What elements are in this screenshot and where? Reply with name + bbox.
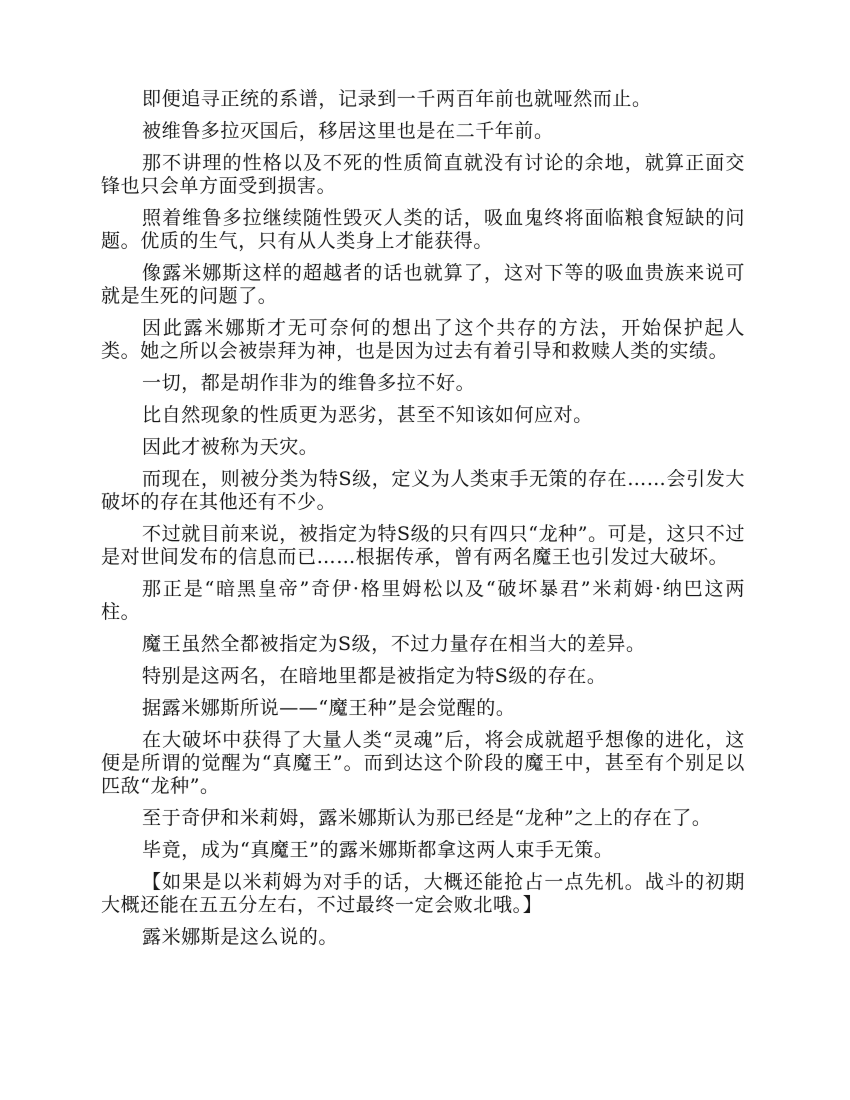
- document-body: 即便追寻正统的系谱，记录到一千两百年前也就哑然而止。 被维鲁多拉灭国后，移居这里…: [101, 88, 745, 958]
- paragraph: 比自然现象的性质更为恶劣，甚至不知该如何应对。: [101, 404, 745, 427]
- paragraph: 因此才被称为天灾。: [101, 436, 745, 459]
- paragraph: 而现在，则被分类为特S级，定义为人类束手无策的存在……会引发大破坏的存在其他还有…: [101, 468, 745, 514]
- paragraph: 露米娜斯是这么说的。: [101, 926, 745, 949]
- paragraph: 照着维鲁多拉继续随性毁灭人类的话，吸血鬼终将面临粮食短缺的问题。优质的生气，只有…: [101, 207, 745, 253]
- paragraph: 那正是“暗黑皇帝”奇伊·格里姆松以及“破坏暴君”米莉姆·纳巴这两柱。: [101, 578, 745, 624]
- paragraph: 至于奇伊和米莉姆，露米娜斯认为那已经是“龙种”之上的存在了。: [101, 807, 745, 830]
- paragraph: 在大破坏中获得了大量人类“灵魂”后，将会成就超乎想像的进化，这便是所谓的觉醒为“…: [101, 729, 745, 798]
- paragraph: 被维鲁多拉灭国后，移居这里也是在二千年前。: [101, 120, 745, 143]
- paragraph: 像露米娜斯这样的超越者的话也就算了，这对下等的吸血贵族来说可就是生死的问题了。: [101, 262, 745, 308]
- paragraph: 据露米娜斯所说——“魔王种”是会觉醒的。: [101, 697, 745, 720]
- paragraph: 那不讲理的性格以及不死的性质简直就没有讨论的余地，就算正面交锋也只会单方面受到损…: [101, 152, 745, 198]
- paragraph: 特别是这两名，在暗地里都是被指定为特S级的存在。: [101, 665, 745, 688]
- paragraph: 毕竟，成为“真魔王”的露米娜斯都拿这两人束手无策。: [101, 839, 745, 862]
- paragraph: 因此露米娜斯才无可奈何的想出了这个共存的方法，开始保护起人类。她之所以会被崇拜为…: [101, 317, 745, 363]
- paragraph: 一切，都是胡作非为的维鲁多拉不好。: [101, 372, 745, 395]
- paragraph: 即便追寻正统的系谱，记录到一千两百年前也就哑然而止。: [101, 88, 745, 111]
- paragraph: 【如果是以米莉姆为对手的话，大概还能抢占一点先机。战斗的初期大概还能在五五分左右…: [101, 871, 745, 917]
- paragraph: 魔王虽然全都被指定为S级，不过力量存在相当大的差异。: [101, 633, 745, 656]
- paragraph: 不过就目前来说，被指定为特S级的只有四只“龙种”。可是，这只不过是对世间发布的信…: [101, 523, 745, 569]
